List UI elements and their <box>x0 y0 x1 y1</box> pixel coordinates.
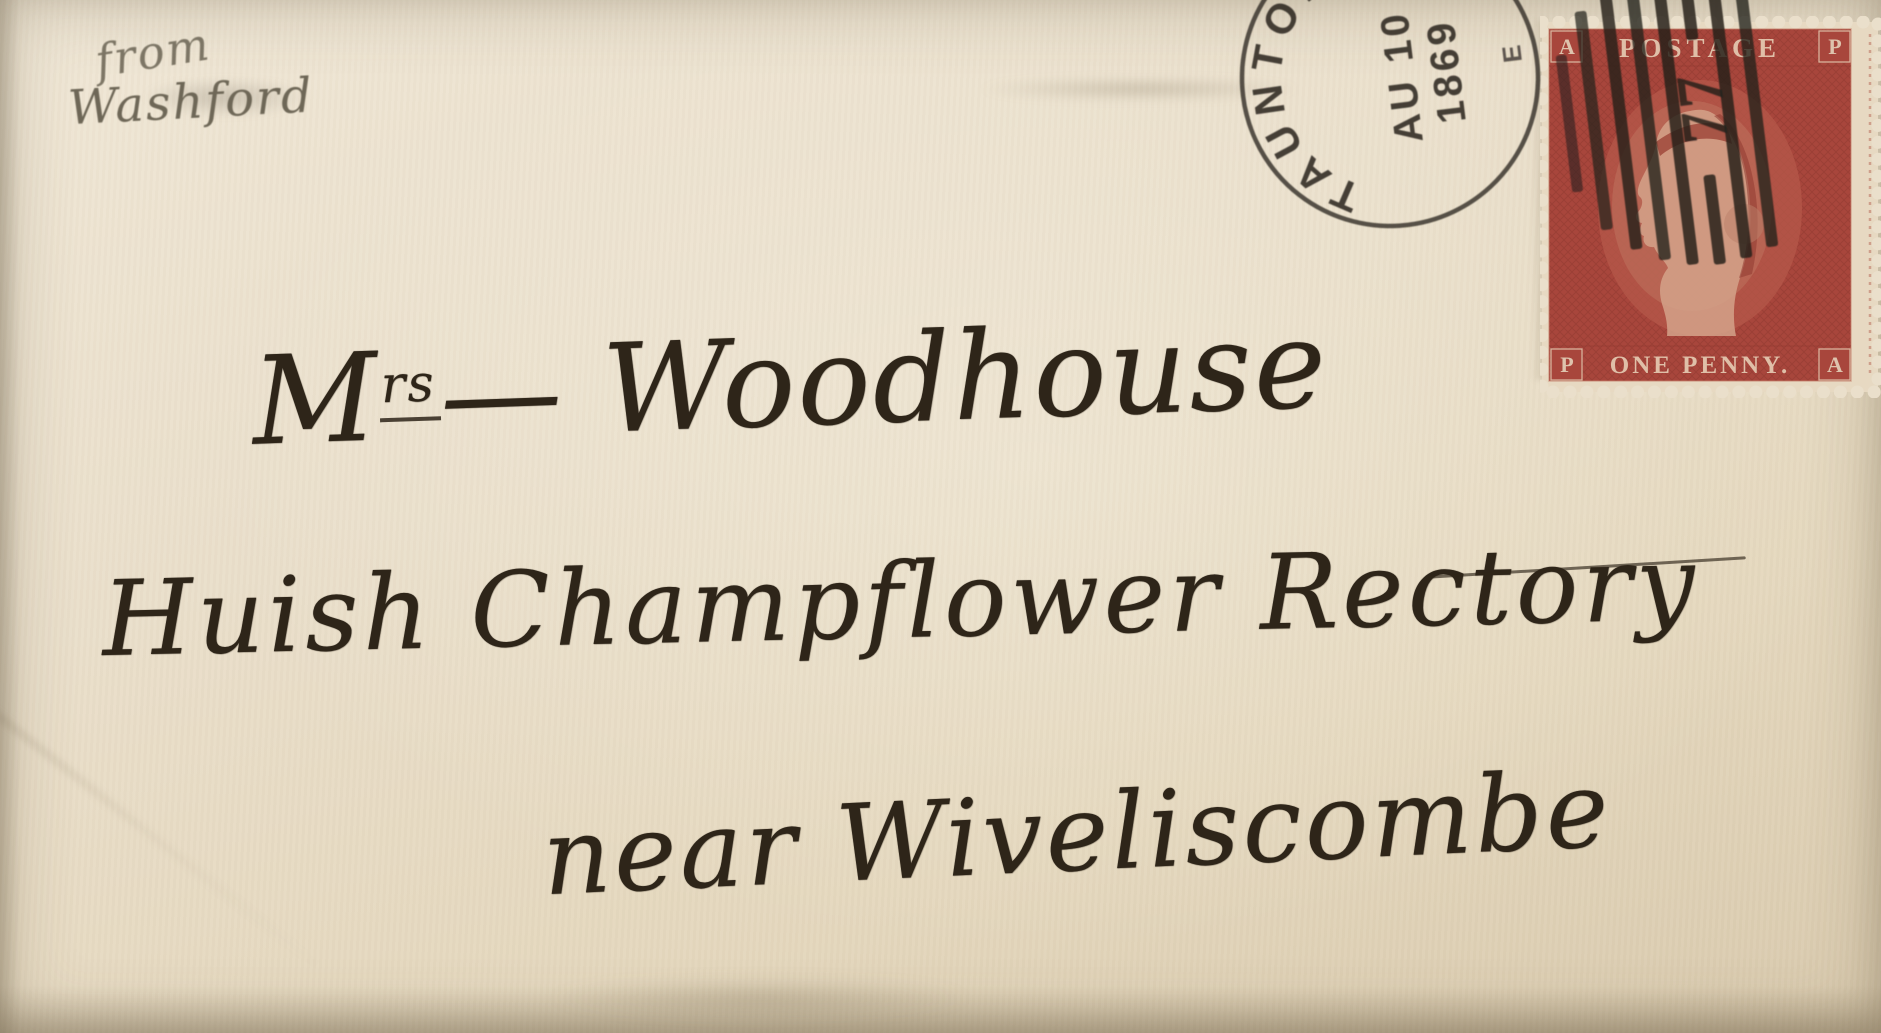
cancel-bars <box>1545 0 1780 281</box>
flourish-dash: — <box>437 320 564 466</box>
recipient-title-superscript: rs <box>378 353 441 422</box>
envelope-scan: from Washford Mrs— Woodhouse Huish Champ… <box>0 0 1881 1033</box>
paper-diagonal-crease <box>0 696 326 974</box>
recipient-title: M <box>250 326 382 472</box>
paper-fold-smudge <box>500 968 1020 1028</box>
postmark-index-letter: E <box>1496 44 1528 65</box>
duplex-postmark: TAUNTON AU 10 1869 E 77 <box>1190 0 1881 438</box>
postmark-impression: TAUNTON AU 10 1869 E 77 <box>1225 0 1780 319</box>
cancel-numeral: 77 <box>1662 67 1743 147</box>
address-line-recipient: Mrs— Woodhouse <box>250 293 1330 472</box>
paper-edge-shadow <box>0 0 20 1033</box>
address-line-street: Huish Champflower Rectory <box>101 522 1700 680</box>
pencil-note-washford: Washford <box>67 68 315 137</box>
address-line-town: near Wiveliscombe <box>540 748 1614 919</box>
